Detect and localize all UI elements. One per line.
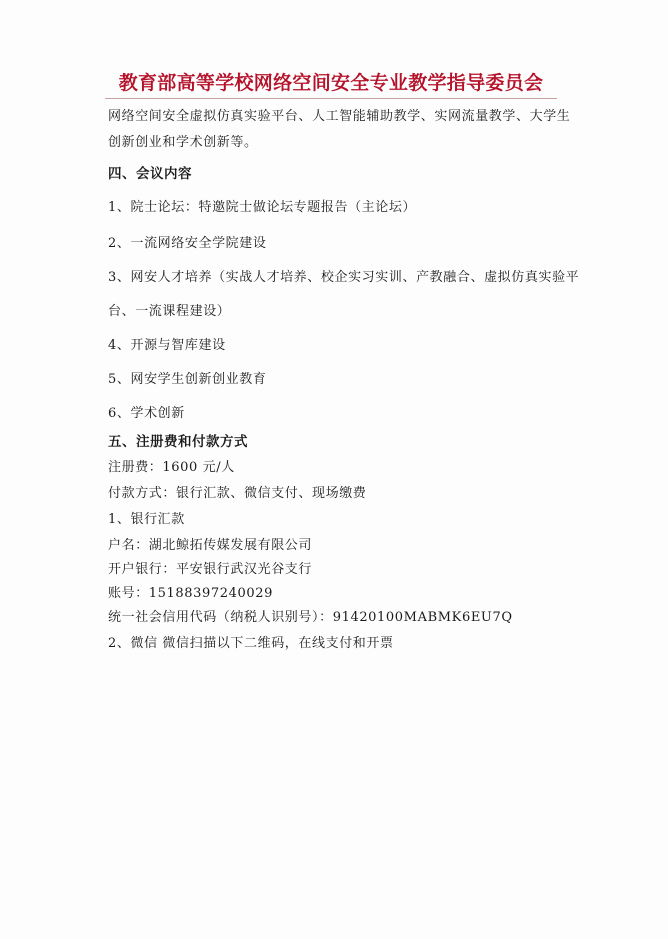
account-number: 账号：15188397240029 xyxy=(108,582,273,601)
section-4-heading: 四、会议内容 xyxy=(108,162,192,182)
account-name: 户名：湖北鲸拓传媒发展有限公司 xyxy=(108,534,312,553)
section-4-item-2: 2、一流网络安全学院建设 xyxy=(108,232,266,251)
section-4-item-1: 1、院士论坛：特邀院士做论坛专题报告（主论坛） xyxy=(108,196,416,215)
registration-fee: 注册费：1600 元/人 xyxy=(108,456,235,475)
bank-name: 开户银行：平安银行武汉光谷支行 xyxy=(108,558,312,577)
bank-transfer-title: 1、银行汇款 xyxy=(108,508,185,527)
intro-line-2: 创新创业和学术创新等。 xyxy=(108,131,258,150)
section-4-item-3-cont: 台、一流课程建设） xyxy=(108,300,230,319)
credit-code: 统一社会信用代码（纳税人识别号）：91420100MABMK6EU7Q xyxy=(108,606,513,625)
intro-line-1: 网络空间安全虚拟仿真实验平台、人工智能辅助教学、实网流量教学、大学生 xyxy=(108,105,570,124)
section-4-item-5: 5、网安学生创新创业教育 xyxy=(108,368,266,387)
wechat-payment: 2、微信 微信扫描以下二维码，在线支付和开票 xyxy=(108,632,394,651)
section-4-item-6: 6、学术创新 xyxy=(108,402,185,421)
document-page: 教育部高等学校网络空间安全专业教学指导委员会 网络空间安全虚拟仿真实验平台、人工… xyxy=(0,0,668,939)
letterhead-title: 教育部高等学校网络空间安全专业教学指导委员会 xyxy=(105,68,557,95)
section-4-item-3: 3、网安人才培养（实战人才培养、校企实习实训、产教融合、虚拟仿真实验平 xyxy=(108,266,579,285)
letterhead-rule xyxy=(105,98,557,99)
payment-methods: 付款方式：银行汇款、微信支付、现场缴费 xyxy=(108,482,366,501)
section-4-item-4: 4、开源与智库建设 xyxy=(108,334,226,353)
section-5-heading: 五、注册费和付款方式 xyxy=(108,430,248,450)
